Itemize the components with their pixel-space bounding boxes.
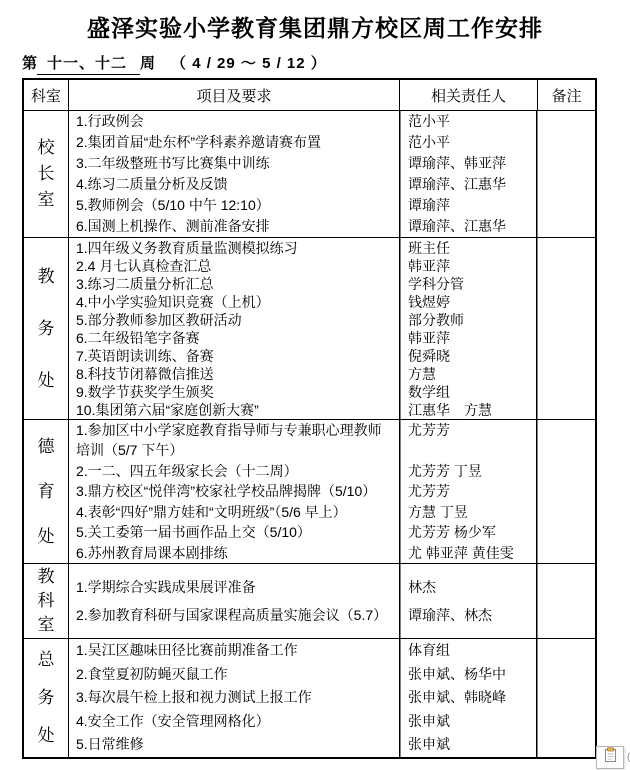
item-text: 1.参加区中小学家庭教育指导师与专兼职心理教师培训（5/7 下午） [69, 420, 399, 461]
person-text: 尤芳芳 杨少军 [399, 522, 536, 543]
person-text: 部分教师 [399, 311, 536, 329]
section-teaching-research: 教科室 1.学期综合实践成果展评准备林杰 2.参加教育科研与国家课程高质量实施会… [24, 564, 595, 639]
dept-label: 教科室 [37, 565, 55, 637]
item-text: 5.部分教师参加区教研活动 [69, 311, 399, 329]
date-range: （ 4 / 29 ～ 5 / 12 ） [171, 55, 327, 72]
week-line: 第十一、十二周（ 4 / 29 ～ 5 / 12 ） [22, 52, 630, 75]
table-row: 6.二年级铅笔字备赛韩亚萍 [69, 329, 595, 347]
item-text: 2.集团首届“赴东杯”学科素养邀请赛布置 [69, 132, 399, 153]
table-row: 1.行政例会范小平 [69, 111, 595, 132]
item-text: 3.鼎方校区“悦伴湾”校家社学校品牌揭牌（5/10） [69, 481, 399, 502]
person-text: 学科分管 [399, 275, 536, 293]
person-text: 谭瑜萍、林杰 [399, 601, 536, 629]
dept-cell: 德育处 [24, 420, 69, 563]
section-moral-education: 德育处 1.参加区中小学家庭教育指导师与专兼职心理教师培训（5/7 下午）尤芳芳… [24, 420, 595, 564]
table-row: 2.一二、四五年级家长会（十二周）尤芳芳 丁昱 [69, 461, 595, 482]
item-text: 4.练习二质量分析及反馈 [69, 174, 399, 195]
person-text: 谭瑜萍、韩亚萍 [399, 153, 536, 174]
header-persons: 相关责任人 [400, 80, 538, 110]
document-page: { "page": { "title": "盛泽实验小学教育集团鼎方校区周工作安… [0, 0, 630, 770]
table-row: 1.四年级义务教育质量监测模拟练习班主任 [69, 239, 595, 257]
item-text: 9.数学节获奖学生颁奖 [69, 383, 399, 401]
table-row: 5.部分教师参加区教研活动部分教师 [69, 311, 595, 329]
section-rows: 1.参加区中小学家庭教育指导师与专兼职心理教师培训（5/7 下午）尤芳芳 2.一… [69, 420, 595, 563]
dept-label: 教务处 [37, 251, 55, 407]
item-text: 1.四年级义务教育质量监测模拟练习 [69, 239, 399, 257]
paste-options-button[interactable] [596, 746, 624, 769]
table-row: 7.英语朗读训练、备赛倪舜晓 [69, 347, 595, 365]
dept-label: 校长室 [37, 135, 55, 213]
person-text: 钱煜婷 [399, 293, 536, 311]
section-rows: 1.四年级义务教育质量监测模拟练习班主任 2.4 月七认真检查汇总韩亚萍 3.练… [69, 238, 595, 419]
item-text: 2.4 月七认真检查汇总 [69, 257, 399, 275]
table-row: 10.集团第六届“家庭创新大赛”江惠华 方慧 [69, 401, 595, 419]
table-row: 3.练习二质量分析汇总学科分管 [69, 275, 595, 293]
table-row: 1.学期综合实践成果展评准备林杰 [69, 573, 595, 601]
dept-cell: 教务处 [24, 238, 69, 419]
person-text: 谭瑜萍、江惠华 [399, 216, 536, 237]
item-text: 6.国测上机操作、测前准备安排 [69, 216, 399, 237]
person-text: 尤 韩亚萍 黄佳雯 [399, 543, 536, 564]
table-row: 6.苏州教育局课本剧排练尤 韩亚萍 黄佳雯 [69, 543, 595, 564]
person-text: 范小平 [399, 132, 536, 153]
person-text: 谭瑜萍 [399, 195, 536, 216]
table-header-row: 科室 项目及要求 相关责任人 备注 [24, 80, 595, 111]
table-row: 2.参加教育科研与国家课程高质量实施会议（5.7）谭瑜萍、林杰 [69, 601, 595, 629]
person-text: 体育组 [399, 639, 536, 663]
table-row: 2.4 月七认真检查汇总韩亚萍 [69, 257, 595, 275]
table-row: 5.教师例会（5/10 中午 12:10）谭瑜萍 [69, 195, 595, 216]
table-row: 2.食堂夏初防蝇灭鼠工作张申斌、杨华中 [69, 663, 595, 687]
week-suffix: 周 [140, 55, 155, 72]
item-text: 4.表彰“四好”鼎方娃和“文明班级”（5/6 早上） [69, 502, 399, 523]
table-row: 4.中小学实验知识竞赛（上机）钱煜婷 [69, 293, 595, 311]
item-text: 3.每次晨午检上报和视力测试上报工作 [69, 686, 399, 710]
section-academic-affairs: 教务处 1.四年级义务教育质量监测模拟练习班主任 2.4 月七认真检查汇总韩亚萍… [24, 238, 595, 420]
person-text: 张申斌、杨华中 [399, 663, 536, 687]
person-text: 倪舜晓 [399, 347, 536, 365]
week-prefix: 第 [22, 55, 37, 72]
person-text: 林杰 [399, 573, 536, 601]
item-text: 5.教师例会（5/10 中午 12:10） [69, 195, 399, 216]
table-row: 2.集团首届“赴东杯”学科素养邀请赛布置范小平 [69, 132, 595, 153]
item-text: 6.苏州教育局课本剧排练 [69, 543, 399, 564]
person-text: 尤芳芳 丁昱 [399, 461, 536, 482]
person-text: 方慧 丁昱 [399, 502, 536, 523]
person-text: 张申斌 [399, 733, 536, 757]
person-text: 韩亚萍 [399, 257, 536, 275]
item-text: 1.吴江区趣味田径比赛前期准备工作 [69, 639, 399, 663]
item-text: 6.二年级铅笔字备赛 [69, 329, 399, 347]
dept-cell: 总务处 [24, 639, 69, 757]
dept-cell: 校长室 [24, 111, 69, 237]
section-principal-office: 校长室 1.行政例会范小平 2.集团首届“赴东杯”学科素养邀请赛布置范小平 3.… [24, 111, 595, 238]
table-row: 3.二年级整班书写比赛集中训练谭瑜萍、韩亚萍 [69, 153, 595, 174]
item-text: 4.中小学实验知识竞赛（上机） [69, 293, 399, 311]
dept-label: 总务处 [37, 641, 55, 755]
item-text: 3.二年级整班书写比赛集中训练 [69, 153, 399, 174]
item-text: 8.科技节闭幕微信推送 [69, 365, 399, 383]
person-text: 数学组 [399, 383, 536, 401]
item-text: 2.参加教育科研与国家课程高质量实施会议（5.7） [69, 601, 399, 629]
table-row: 5.日常维修张申斌 [69, 733, 595, 757]
person-text: 班主任 [399, 239, 536, 257]
week-number: 十一、十二 [37, 52, 140, 75]
clipboard-icon [603, 747, 618, 768]
item-text: 1.学期综合实践成果展评准备 [69, 573, 399, 601]
table-row: 4.表彰“四好”鼎方娃和“文明班级”（5/6 早上）方慧 丁昱 [69, 502, 595, 523]
person-text: 尤芳芳 [399, 420, 536, 461]
person-text: 尤芳芳 [399, 481, 536, 502]
item-text: 5.关工委第一届书画作品上交（5/10） [69, 522, 399, 543]
person-text: 张申斌、韩晓峰 [399, 686, 536, 710]
header-dept: 科室 [24, 80, 69, 110]
work-schedule-table: 科室 项目及要求 相关责任人 备注 校长室 1.行政例会范小平 2.集团首届“赴… [22, 78, 597, 759]
table-row: 4.练习二质量分析及反馈谭瑜萍、江惠华 [69, 174, 595, 195]
section-rows: 1.学期综合实践成果展评准备林杰 2.参加教育科研与国家课程高质量实施会议（5.… [69, 564, 595, 638]
paste-options-popup[interactable]: (Ctrl) [596, 746, 630, 769]
dept-label: 德育处 [37, 424, 55, 559]
header-items: 项目及要求 [69, 80, 400, 110]
table-row: 4.安全工作（安全管理网格化）张申斌 [69, 710, 595, 734]
table-row: 5.关工委第一届书画作品上交（5/10）尤芳芳 杨少军 [69, 522, 595, 543]
item-text: 4.安全工作（安全管理网格化） [69, 710, 399, 734]
table-row: 6.国测上机操作、测前准备安排谭瑜萍、江惠华 [69, 216, 595, 237]
section-rows: 1.行政例会范小平 2.集团首届“赴东杯”学科素养邀请赛布置范小平 3.二年级整… [69, 111, 595, 237]
section-rows: 1.吴江区趣味田径比赛前期准备工作体育组 2.食堂夏初防蝇灭鼠工作张申斌、杨华中… [69, 639, 595, 757]
person-text: 范小平 [399, 111, 536, 132]
table-row: 9.数学节获奖学生颁奖数学组 [69, 383, 595, 401]
section-general-affairs: 总务处 1.吴江区趣味田径比赛前期准备工作体育组 2.食堂夏初防蝇灭鼠工作张申斌… [24, 639, 595, 757]
table-row: 1.吴江区趣味田径比赛前期准备工作体育组 [69, 639, 595, 663]
item-text: 10.集团第六届“家庭创新大赛” [69, 401, 399, 419]
table-row: 3.每次晨午检上报和视力测试上报工作张申斌、韩晓峰 [69, 686, 595, 710]
item-text: 7.英语朗读训练、备赛 [69, 347, 399, 365]
dept-cell: 教科室 [24, 564, 69, 638]
item-text: 5.日常维修 [69, 733, 399, 757]
item-text: 2.一二、四五年级家长会（十二周） [69, 461, 399, 482]
item-text: 2.食堂夏初防蝇灭鼠工作 [69, 663, 399, 687]
table-row: 1.参加区中小学家庭教育指导师与专兼职心理教师培训（5/7 下午）尤芳芳 [69, 420, 595, 461]
header-notes: 备注 [538, 80, 595, 110]
person-text: 韩亚萍 [399, 329, 536, 347]
item-text: 1.行政例会 [69, 111, 399, 132]
table-row: 8.科技节闭幕微信推送方慧 [69, 365, 595, 383]
item-text: 3.练习二质量分析汇总 [69, 275, 399, 293]
person-text: 方慧 [399, 365, 536, 383]
person-text: 张申斌 [399, 710, 536, 734]
person-text: 谭瑜萍、江惠华 [399, 174, 536, 195]
person-text: 江惠华 方慧 [399, 401, 536, 419]
table-row: 3.鼎方校区“悦伴湾”校家社学校品牌揭牌（5/10）尤芳芳 [69, 481, 595, 502]
page-title: 盛泽实验小学教育集团鼎方校区周工作安排 [0, 10, 630, 43]
